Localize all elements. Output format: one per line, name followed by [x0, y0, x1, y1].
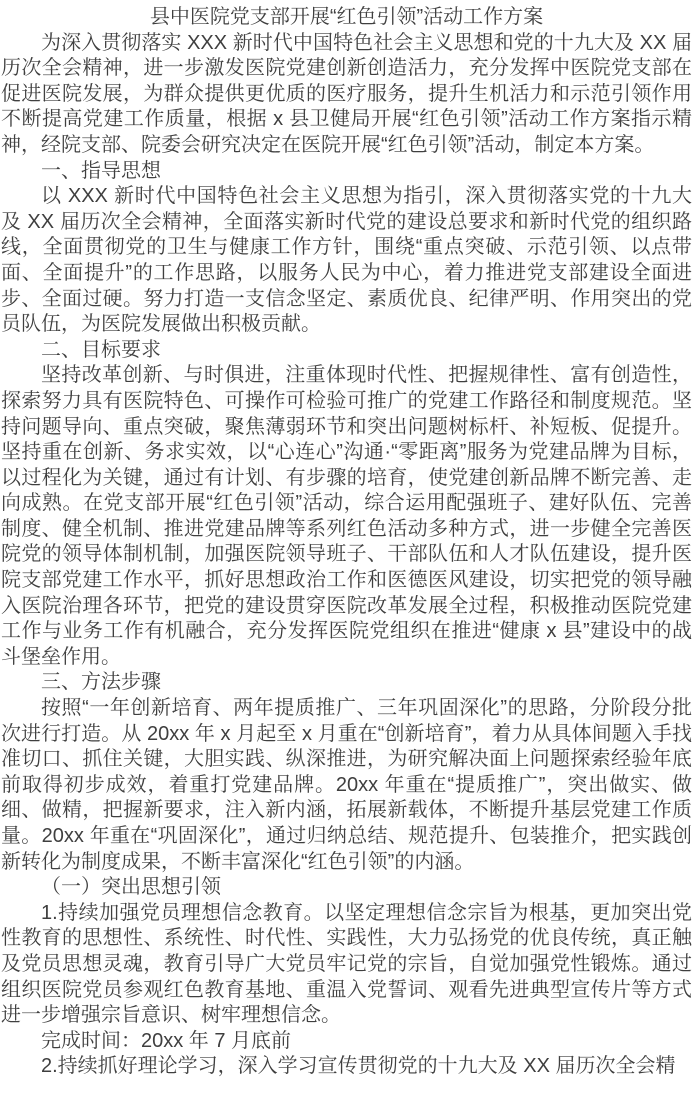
paragraph: 1.持续加强党员理想信念教育。以坚定理想信念宗旨为根基，更加突出党性教育的思想性… — [1, 901, 692, 1029]
paragraph: 按照“一年创新培育、两年提质推广、三年巩固深化”的思路，分阶段分批次进行打造。从… — [1, 696, 692, 875]
section-heading: 一、指导思想 — [1, 159, 692, 185]
document-title: 县中医院党支部开展“红色引领”活动工作方案 — [1, 5, 692, 31]
document-page: 县中医院党支部开展“红色引领”活动工作方案 为深入贯彻落实 XXX 新时代中国特… — [0, 0, 693, 1097]
paragraph: 完成时间：20xx 年 7 月底前 — [1, 1029, 692, 1055]
section-heading: （一）突出思想引领 — [1, 875, 692, 901]
document-body: 为深入贯彻落实 XXX 新时代中国特色社会主义思想和党的十九大及 XX 届历次全… — [1, 31, 692, 1080]
section-heading: 三、方法步骤 — [1, 670, 692, 696]
paragraph: 为深入贯彻落实 XXX 新时代中国特色社会主义思想和党的十九大及 XX 届历次全… — [1, 31, 692, 159]
paragraph: 坚持改革创新、与时俱进，注重体现时代性、把握规律性、富有创造性，探索努力具有医院… — [1, 363, 692, 670]
paragraph: 2.持续抓好理论学习，深入学习宣传贯彻党的十九大及 XX 届历次全会精 — [1, 1054, 692, 1080]
paragraph: 以 XXX 新时代中国特色社会主义思想为指引，深入贯彻落实党的十九大及 XX 届… — [1, 184, 692, 338]
section-heading: 二、目标要求 — [1, 338, 692, 364]
